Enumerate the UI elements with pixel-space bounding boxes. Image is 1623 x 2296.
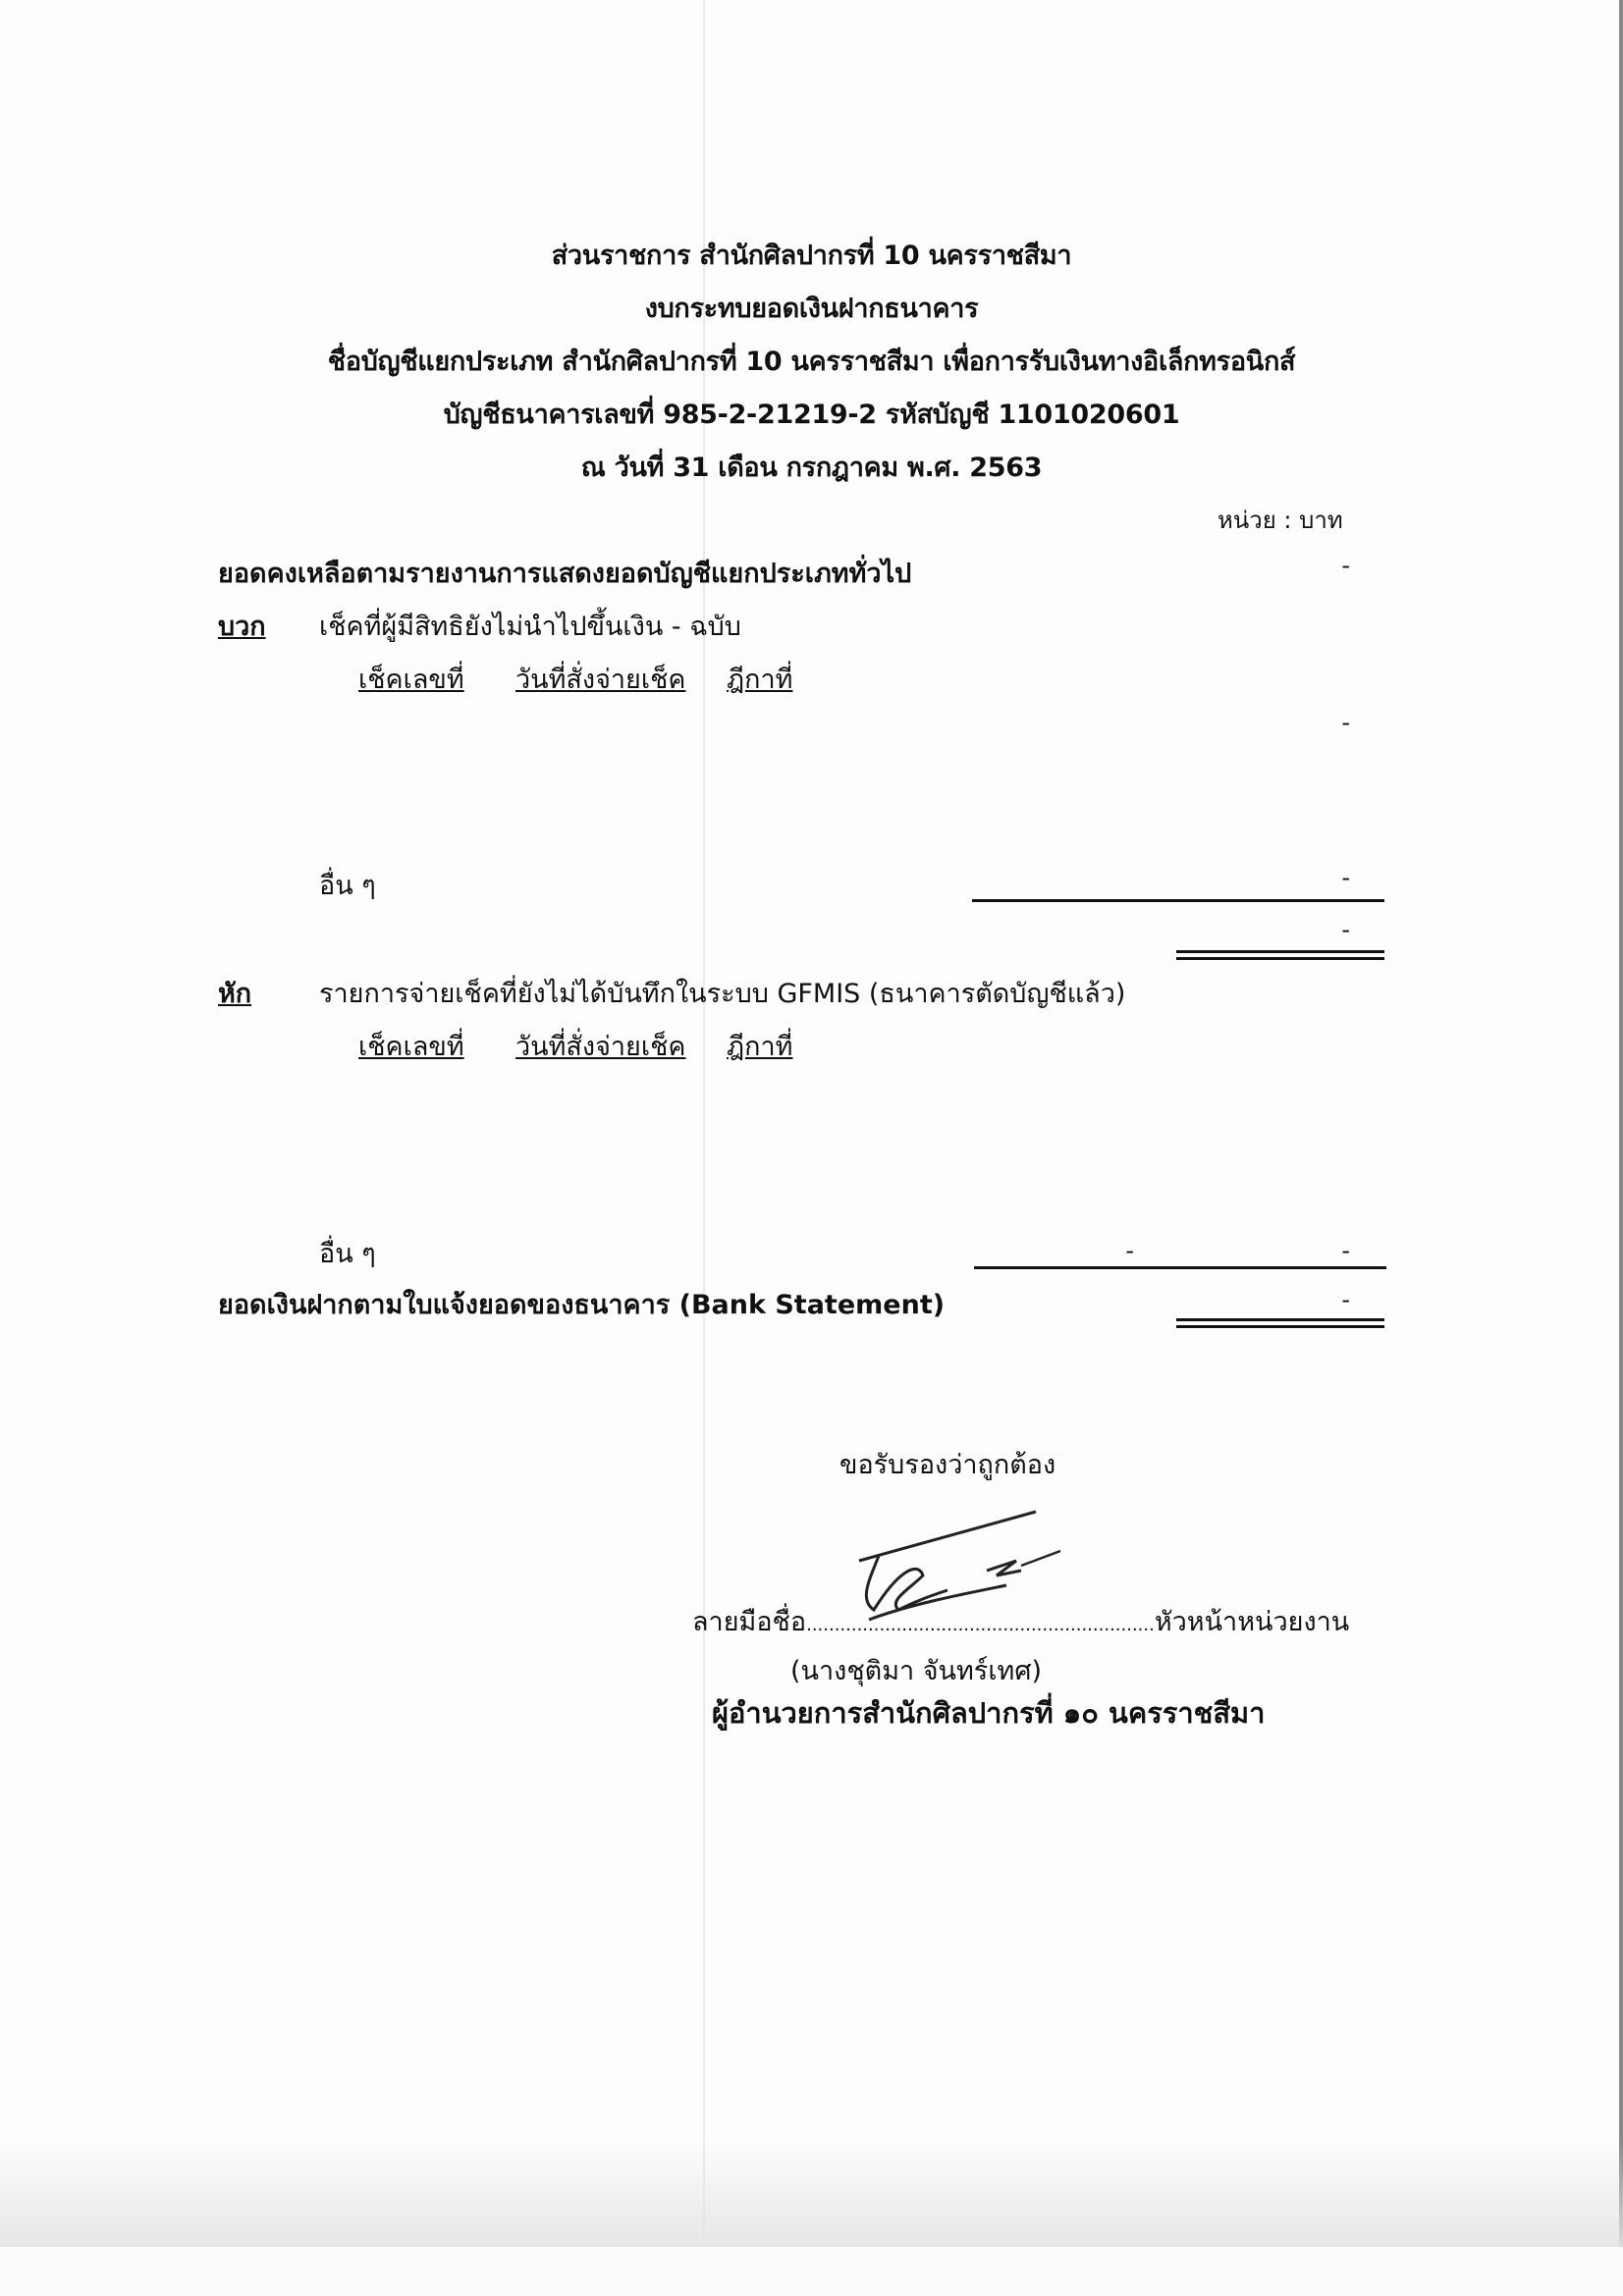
add-other-label: อื่น ๆ <box>319 864 376 906</box>
bank-statement-label: ยอดเงินฝากตามใบแจ้งยอดของธนาคาร (Bank St… <box>218 1283 945 1325</box>
deduct-description: รายการจ่ายเช็คที่ยังไม่ได้บันทึกในระบบ G… <box>319 972 1125 1014</box>
header-agency: ส่วนราชการ สำนักศิลปากรที่ 10 นครราชสีมา <box>0 234 1623 276</box>
add-prefix: บวก <box>218 605 266 647</box>
add-double-rule <box>1176 950 1384 960</box>
add-description: เช็คที่ผู้มีสิทธิยังไม่นำไปขึ้นเงิน - ฉบ… <box>319 605 741 647</box>
deduct-col-cheque-no: เช็คเลขที่ <box>358 1025 464 1067</box>
deduct-other-label: อื่น ๆ <box>319 1232 376 1274</box>
bank-statement-amount: - <box>1311 1286 1350 1313</box>
header-title: งบกระทบยอดเงินฝากธนาคาร <box>0 287 1623 329</box>
header-account-name: ชื่อบัญชีแยกประเภท สำนักศิลปากรที่ 10 นค… <box>0 340 1623 382</box>
bank-double-rule <box>1176 1318 1384 1328</box>
deduct-col-voucher-no: ฎีกาที่ <box>727 1025 792 1067</box>
gl-balance-label: ยอดคงเหลือตามรายงานการแสดงยอดบัญชีแยกประ… <box>218 552 911 594</box>
scan-bottom-margin <box>0 2247 1623 2296</box>
add-single-rule <box>972 899 1384 902</box>
add-col-cheque-date: วันที่สั่งจ่ายเช็ค <box>515 658 686 700</box>
header-account-number: บัญชีธนาคารเลขที่ 985-2-21219-2 รหัสบัญช… <box>0 393 1623 435</box>
deduct-prefix: หัก <box>218 972 251 1014</box>
signature-label: ลายมือชื่อ <box>692 1607 806 1637</box>
deduct-col-cheque-date: วันที่สั่งจ่ายเช็ค <box>515 1025 686 1067</box>
scan-shadow <box>0 2139 1623 2247</box>
deduct-other-amount: - <box>1311 1237 1350 1264</box>
signature-dots: ........................................… <box>806 1615 1155 1635</box>
signatory-role: หัวหน้าหน่วยงาน <box>1155 1607 1349 1637</box>
add-col-cheque-no: เช็คเลขที่ <box>358 658 464 700</box>
header-date: ณ วันที่ 31 เดือน กรกฎาคม พ.ศ. 2563 <box>0 446 1623 488</box>
signatory-title: ผู้อำนวยการสำนักศิลปากรที่ ๑๐ นครราชสีมา <box>712 1690 1265 1735</box>
add-other-amount: - <box>1311 864 1350 891</box>
signatory-name: (นางชุติมา จันทร์เทศ) <box>790 1649 1042 1691</box>
add-total: - <box>1311 916 1350 943</box>
deduct-single-rule <box>974 1266 1386 1269</box>
add-col-voucher-no: ฎีกาที่ <box>727 658 792 700</box>
gl-balance-amount: - <box>1311 552 1350 579</box>
deduct-other-amount-inner: - <box>1095 1237 1134 1264</box>
add-subtotal: - <box>1311 709 1350 736</box>
unit-label: หน่วย : บาท <box>1217 501 1343 539</box>
signature-line: ลายมือชื่อ..............................… <box>692 1600 1349 1642</box>
certification-text: ขอรับรองว่าถูกต้อง <box>839 1443 1055 1485</box>
